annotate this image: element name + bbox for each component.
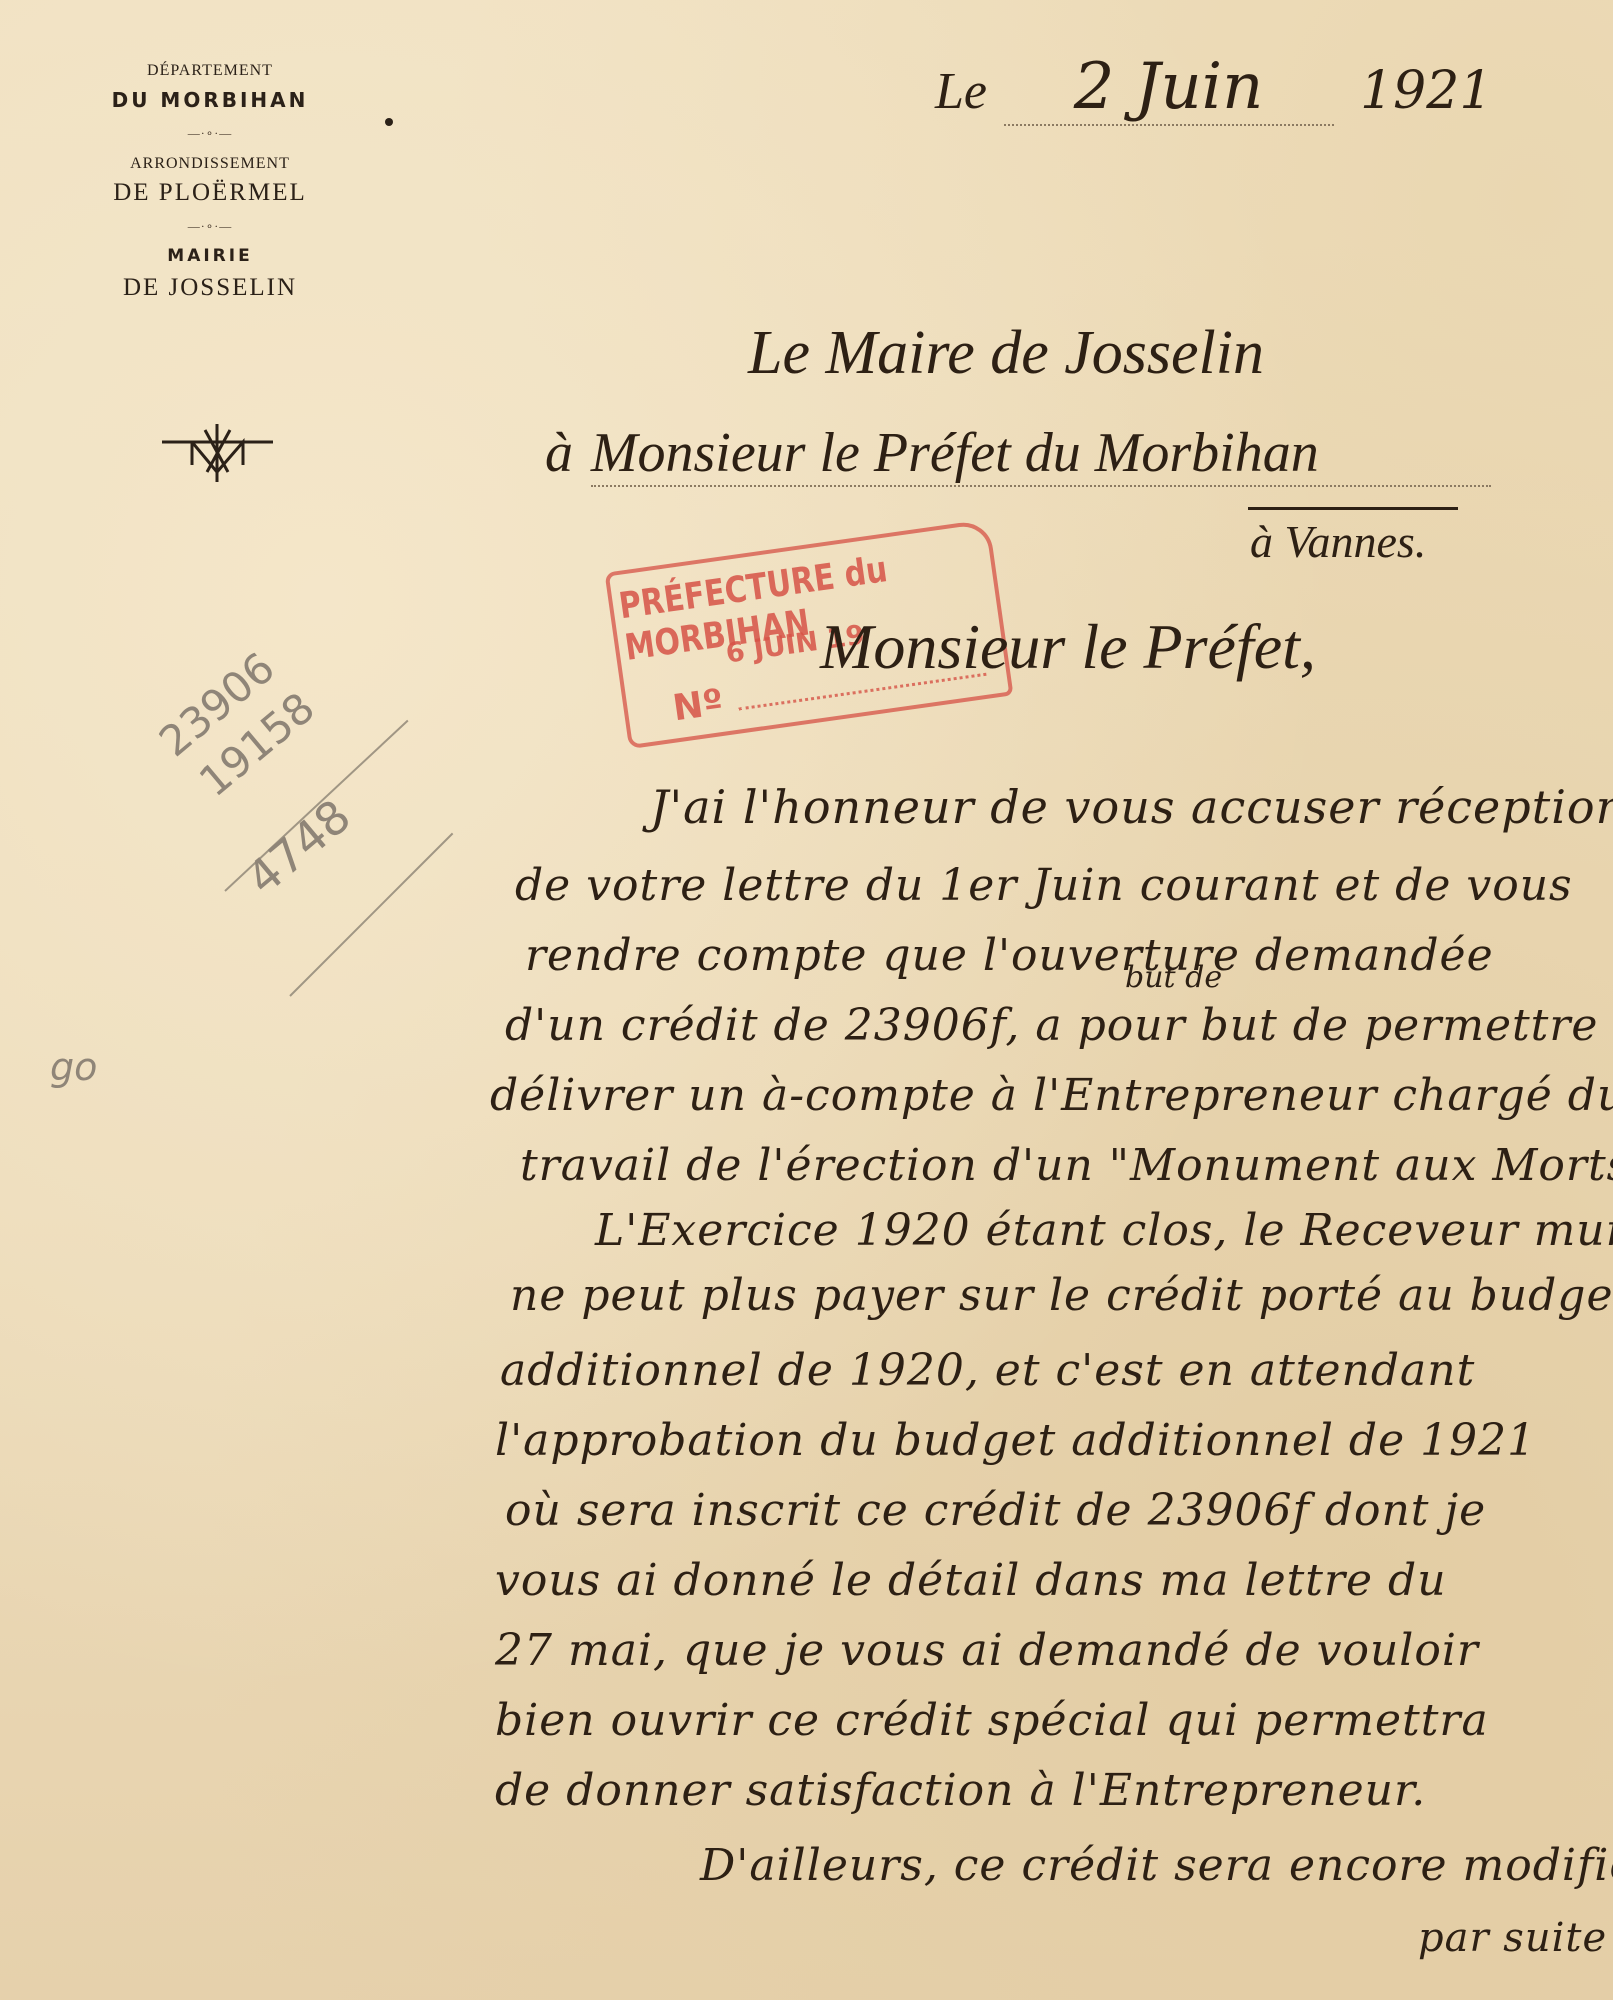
body-line: ne peut plus payer sur le crédit porté a… bbox=[510, 1270, 1613, 1321]
departement-label: DÉPARTEMENT bbox=[60, 62, 360, 80]
departement-name: DU MORBIHAN bbox=[60, 88, 360, 112]
ink-dot bbox=[385, 118, 393, 126]
body-line: D'ailleurs, ce crédit sera encore modifi… bbox=[700, 1840, 1613, 1891]
stamp-number-label: Nº bbox=[670, 682, 726, 730]
recipient-name: Monsieur le Préfet du Morbihan bbox=[591, 421, 1491, 487]
body-line: où sera inscrit ce crédit de 23906f dont… bbox=[505, 1485, 1486, 1536]
sender-line: Le Maire de Josselin bbox=[748, 318, 1264, 389]
body-line: de votre lettre du 1er Juin courant et d… bbox=[515, 860, 1573, 911]
body-line: additionnel de 1920, et c'est en attenda… bbox=[500, 1345, 1475, 1396]
recipient-prefix: à bbox=[545, 422, 573, 484]
body-continuation: par suite bbox=[1418, 1915, 1607, 1961]
mairie-label: MAIRIE bbox=[60, 246, 360, 266]
city-underline bbox=[1248, 507, 1458, 510]
body-line: de donner satisfaction à l'Entrepreneur. bbox=[495, 1765, 1426, 1816]
arrondissement-name: DE PLOËRMEL bbox=[60, 179, 360, 207]
body-line: travail de l'érection d'un "Monument aux… bbox=[520, 1140, 1613, 1191]
date-prefix: Le bbox=[935, 63, 987, 120]
recipient-city: à Vannes. bbox=[1250, 515, 1426, 568]
body-line: vous ai donné le détail dans ma lettre d… bbox=[495, 1555, 1447, 1606]
ornament-divider: —·∘·— bbox=[60, 126, 360, 141]
margin-note: go bbox=[50, 1045, 97, 1089]
body-line: l'approbation du budget additionnel de 1… bbox=[495, 1415, 1536, 1466]
date-year: 1921 bbox=[1360, 61, 1492, 121]
date-day-month: 2 Juin bbox=[1004, 50, 1334, 126]
recipient-line: à Monsieur le Préfet du Morbihan bbox=[545, 420, 1491, 487]
body-line: 27 mai, que je vous ai demandé de vouloi… bbox=[495, 1625, 1479, 1676]
monogram-icon bbox=[160, 420, 275, 485]
body-line: d'un crédit de 23906f, a pour but de per… bbox=[505, 1000, 1613, 1051]
body-line: L'Exercice 1920 étant clos, le Receveur … bbox=[595, 1205, 1613, 1256]
body-line: J'ai l'honneur de vous accuser réception bbox=[650, 780, 1613, 834]
body-line: rendre compte que l'ouverture demandée bbox=[525, 930, 1494, 981]
pencil-note-3: 4748 bbox=[236, 789, 360, 906]
body-line: délivrer un à-compte à l'Entrepreneur ch… bbox=[490, 1070, 1613, 1121]
body-line: bien ouvrir ce crédit spécial qui permet… bbox=[495, 1695, 1489, 1746]
arrondissement-label: ARRONDISSEMENT bbox=[60, 155, 360, 173]
letterhead: DÉPARTEMENT DU MORBIHAN —·∘·— ARRONDISSE… bbox=[60, 62, 360, 302]
salutation: Monsieur le Préfet, bbox=[820, 610, 1316, 684]
date-line: Le 2 Juin 1921 bbox=[935, 50, 1492, 126]
ornament-divider: —·∘·— bbox=[60, 219, 360, 234]
mairie-name: DE JOSSELIN bbox=[60, 274, 360, 302]
